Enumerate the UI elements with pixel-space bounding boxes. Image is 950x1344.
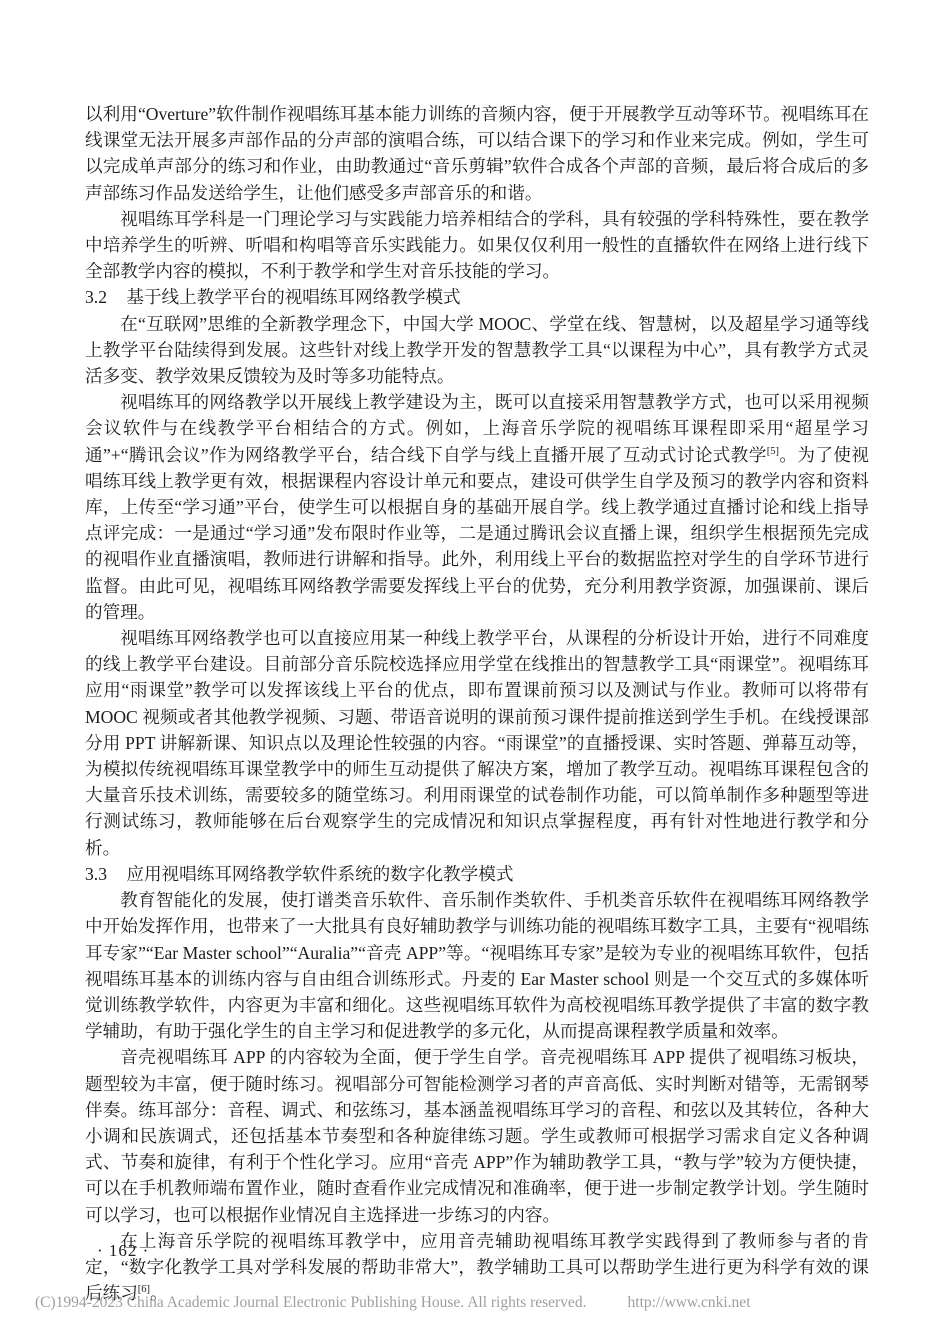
paragraph: 教育智能化的发展，使打谱类音乐软件、音乐制作类软件、手机类音乐软件在视唱练耳网络…	[85, 887, 869, 1044]
journal-page: 以利用“Overture”软件制作视唱练耳基本能力训练的音频内容，便于开展教学互…	[0, 0, 950, 1344]
section-heading: 3.3应用视唱练耳网络教学软件系统的数字化教学模式	[85, 861, 869, 887]
cnki-url: http://www.cnki.net	[628, 1294, 751, 1311]
paragraph: 音壳视唱练耳 APP 的内容较为全面，便于学生自学。音壳视唱练耳 APP 提供了…	[85, 1044, 869, 1227]
citation-superscript: [5]	[767, 446, 779, 457]
paragraph: 视唱练耳学科是一门理论学习与实践能力培养相结合的学科，具有较强的学科特殊性，要在…	[85, 206, 869, 285]
paragraph: 视唱练耳的网络教学以开展线上教学建设为主，既可以直接采用智慧教学方式，也可以采用…	[85, 389, 869, 625]
section-number: 3.3	[85, 861, 107, 887]
article-body: 以利用“Overture”软件制作视唱练耳基本能力训练的音频内容，便于开展教学互…	[85, 101, 869, 1306]
paragraph: 以利用“Overture”软件制作视唱练耳基本能力训练的音频内容，便于开展教学互…	[85, 101, 869, 206]
page-number: · 162 ·	[97, 1238, 149, 1264]
section-heading: 3.2基于线上教学平台的视唱练耳网络教学模式	[85, 284, 869, 310]
copyright-notice: (C)1994-2023 China Academic Journal Elec…	[35, 1294, 586, 1311]
section-number: 3.2	[85, 284, 107, 310]
section-title: 应用视唱练耳网络教学软件系统的数字化教学模式	[126, 864, 513, 884]
paragraph: 在“互联网”思维的全新教学理念下，中国大学 MOOC、学堂在线、智慧树，以及超星…	[85, 311, 869, 390]
section-title: 基于线上教学平台的视唱练耳网络教学模式	[126, 287, 460, 307]
paragraph: 视唱练耳网络教学也可以直接应用某一种线上教学平台，从课程的分析设计开始，进行不同…	[85, 625, 869, 861]
page-footer: (C)1994-2023 China Academic Journal Elec…	[35, 1292, 915, 1314]
